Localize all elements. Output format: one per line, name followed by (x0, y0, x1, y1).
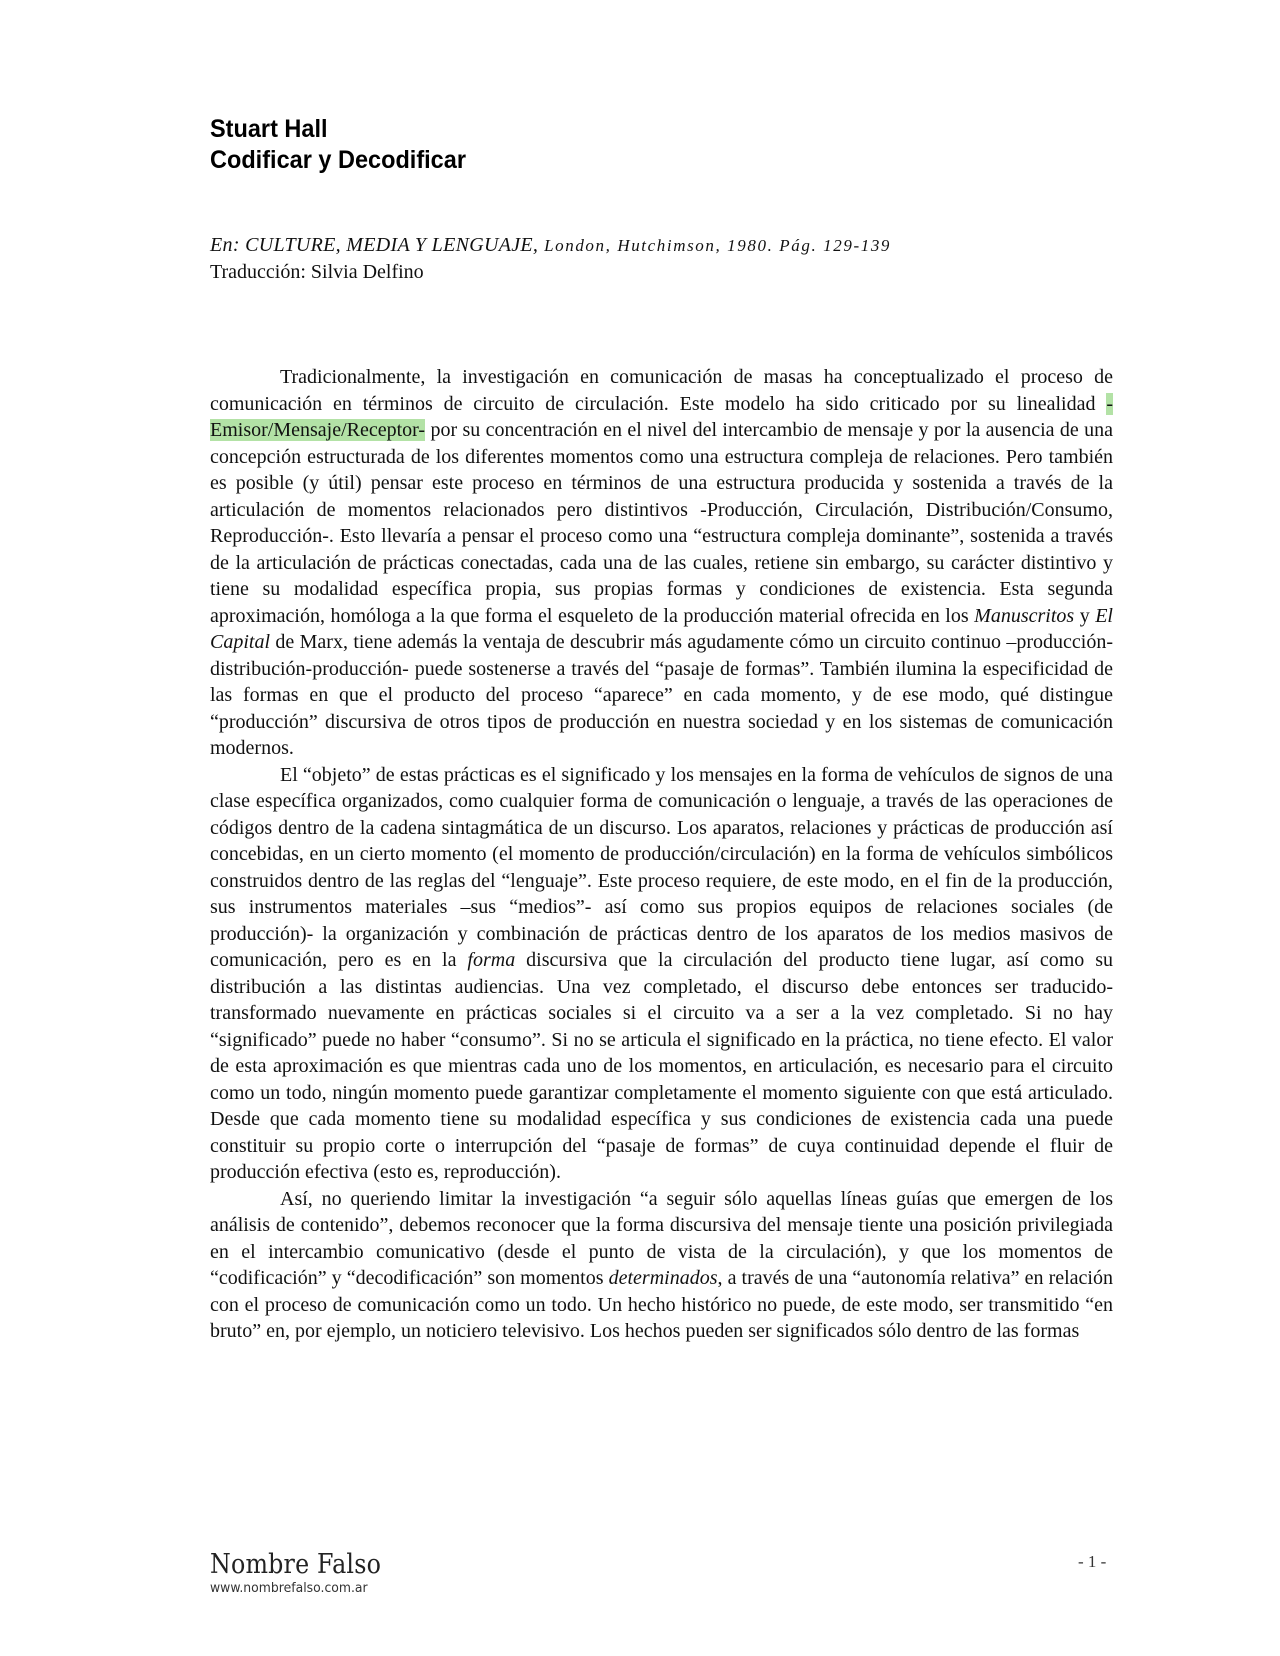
paragraph: Tradicionalmente, la investigación en co… (210, 364, 1113, 762)
text-segment: de Marx, tiene además la ventaja de desc… (210, 631, 1113, 759)
brand-logo-text: Nombre Falso (210, 1550, 381, 1580)
footer-brand: Nombre Falso www.nombrefalso.com.ar (210, 1550, 404, 1596)
text-segment: por su concentración en el nivel del int… (210, 419, 1113, 627)
text-segment: Tradicionalmente, la investigación en co… (210, 366, 1113, 415)
translator-credit: Traducción: Silvia Delfino (210, 259, 424, 285)
source-citation: En: CULTURE, MEDIA Y LENGUAJE, London, H… (210, 232, 891, 259)
paragraph: El “objeto” de estas prácticas es el sig… (210, 762, 1113, 1186)
citation-publication: London, Hutchimson, 1980. Pág. 129-139 (538, 236, 891, 255)
italic-text: forma (467, 949, 515, 971)
text-segment: y (1074, 605, 1095, 627)
brand-url[interactable]: www.nombrefalso.com.ar (210, 1580, 389, 1596)
italic-text: determinados (609, 1267, 718, 1289)
paragraph: Así, no queriendo limitar la investigaci… (210, 1186, 1113, 1345)
document-page: Stuart Hall Codificar y Decodificar En: … (0, 0, 1280, 1656)
page-number: - 1 - (1078, 1552, 1106, 1572)
document-title: Codificar y Decodificar (210, 145, 466, 176)
citation-source: En: CULTURE, MEDIA Y LENGUAJE, (210, 234, 538, 256)
text-segment: El “objeto” de estas prácticas es el sig… (210, 764, 1113, 972)
italic-text: Manuscritos (974, 605, 1074, 627)
author-name: Stuart Hall (210, 114, 466, 145)
body-text: Tradicionalmente, la investigación en co… (210, 364, 1113, 1345)
text-segment: discursiva que la circulación del produc… (210, 949, 1113, 1183)
document-header: Stuart Hall Codificar y Decodificar (210, 114, 466, 176)
